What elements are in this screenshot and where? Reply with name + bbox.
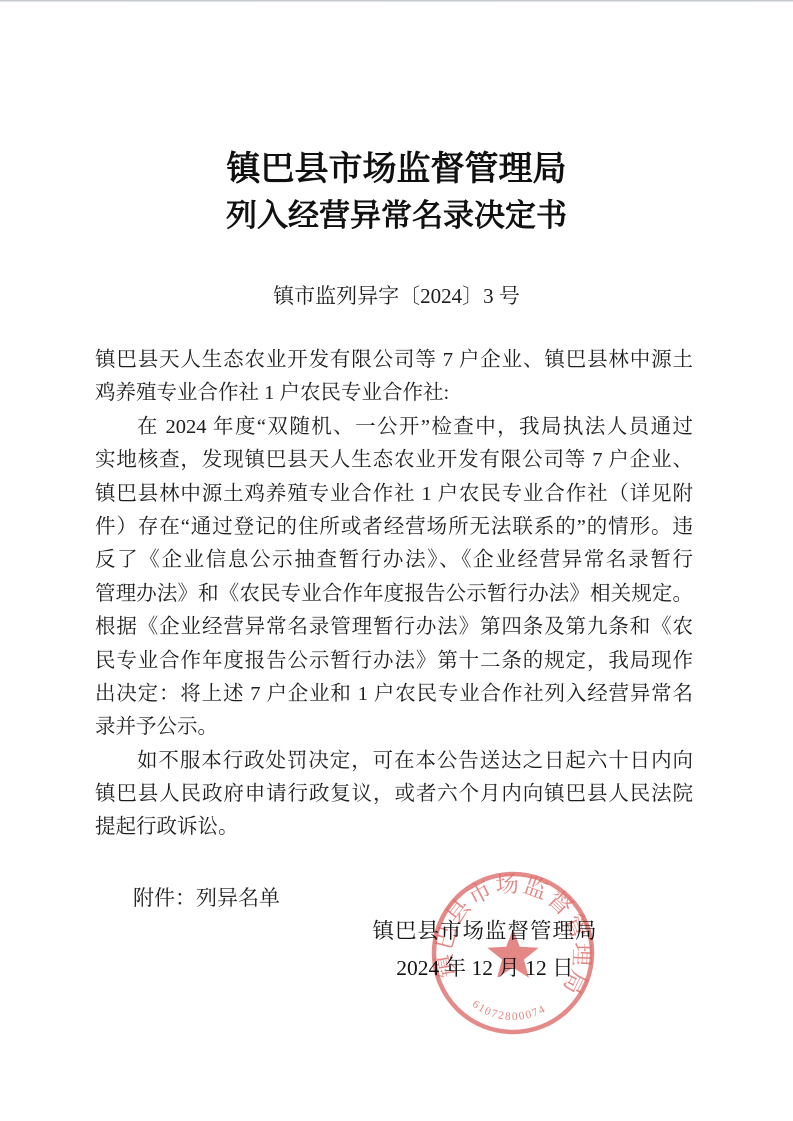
seal-registration-code: 61072800074 (469, 998, 549, 1026)
body-line: 提起行政诉讼。 (95, 811, 693, 844)
page-top-edge (0, 0, 793, 2)
signature-block: 镇巴县市场监督管理局 2024 年 12 月 12 日 (335, 916, 635, 983)
document-title-line2: 列入经营异常名录决定书 (0, 196, 793, 236)
body-line: 录并予公示。 (95, 711, 693, 744)
body-line: 件）存在“通过登记的住所或者经营场所无法联系的”的情形。违 (95, 511, 693, 544)
body-line: 镇巴县林中源土鸡养殖专业合作社 1 户农民专业合作社（详见附 (95, 478, 693, 511)
body-line: 镇巴县天人生态农业开发有限公司等 7 户企业、镇巴县林中源土 (95, 344, 693, 377)
body-line: 在 2024 年度“双随机、一公开”检查中，我局执法人员通过 (95, 411, 693, 444)
body-line: 出决定：将上述 7 户企业和 1 户农民专业合作社列入经营异常名 (95, 678, 693, 711)
body-line: 管理办法》和《农民专业合作年度报告公示暂行办法》相关规定。 (95, 578, 693, 611)
issuing-authority: 镇巴县市场监督管理局 (335, 916, 635, 946)
document-body: 镇巴县天人生态农业开发有限公司等 7 户企业、镇巴县林中源土鸡养殖专业合作社 1… (95, 344, 693, 845)
body-line: 实地核查，发现镇巴县天人生态农业开发有限公司等 7 户企业、 (95, 444, 693, 477)
body-line: 反了《企业信息公示抽查暂行办法》、《企业经营异常名录暂行 (95, 544, 693, 577)
body-line: 镇巴县人民政府申请行政复议，或者六个月内向镇巴县人民法院 (95, 778, 693, 811)
body-line: 鸡养殖专业合作社 1 户农民专业合作社: (95, 377, 693, 410)
svg-text:61072800074: 61072800074 (469, 998, 549, 1026)
body-line: 民专业合作年度报告公示暂行办法》第十二条的规定，我局现作 (95, 645, 693, 678)
document-title-line1: 镇巴县市场监督管理局 (0, 150, 793, 190)
body-line: 如不服本行政处罚决定，可在本公告送达之日起六十日内向 (95, 745, 693, 778)
attachment-note: 附件：列异名单 (133, 882, 280, 912)
document-number: 镇市监列异字〔2024〕3 号 (0, 280, 793, 310)
document-page: 镇巴县市场监督管理局 列入经营异常名录决定书 镇市监列异字〔2024〕3 号 镇… (0, 0, 793, 1121)
body-line: 根据《企业经营异常名录管理暂行办法》第四条及第九条和《农 (95, 611, 693, 644)
issue-date: 2024 年 12 月 12 日 (335, 953, 635, 983)
